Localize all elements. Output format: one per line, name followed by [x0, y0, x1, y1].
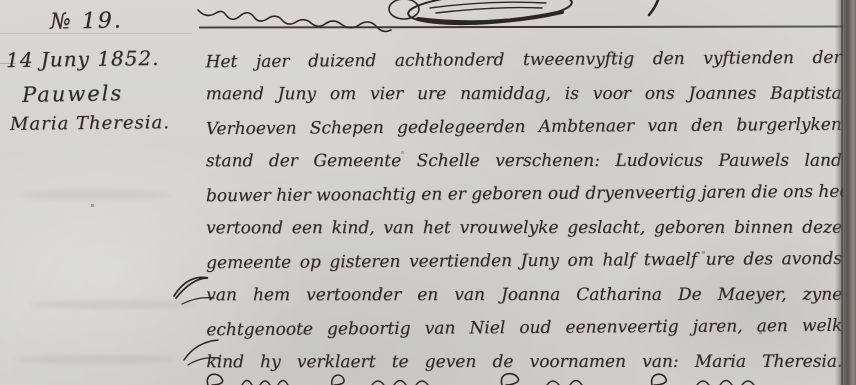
record-date: 14 Juny 1852. [6, 46, 160, 72]
record-given-names: Maria Theresia. [10, 112, 170, 135]
record-line: vertoond een kind, van het vrouwelyke ge… [206, 211, 842, 245]
document-scan: № 19. 14 Juny 1852. Pauwels Maria Theres… [0, 0, 856, 385]
record-line: echtgenoote geboortig van Niel oud eenen… [206, 310, 842, 348]
record-line: Het jaer duizend achthonderd tweeenvyfti… [205, 42, 841, 80]
record-line: stand der Gemeente Schelle verschenen: L… [206, 144, 842, 178]
clipped-next-line [202, 369, 847, 385]
record-line: gemeente op gisteren veertienden Juny om… [206, 243, 842, 281]
margin-column: № 19. 14 Juny 1852. Pauwels Maria Theres… [0, 0, 200, 385]
record-line: bouwer hier woonachtig en er geboren oud… [206, 176, 842, 214]
record-line: Verhoeven Schepen gedelegeerden Ambtenae… [206, 109, 842, 147]
record-line: van hem vertoonder en van Joanna Cathari… [206, 278, 842, 312]
page-edge-shadow [835, 0, 856, 385]
record-number: № 19. [50, 8, 123, 34]
record-surname: Pauwels [22, 81, 124, 107]
record-line: maend Juny om vier ure namiddag, is voor… [206, 77, 842, 111]
record-body: Het jaer duizend achthonderd tweeenvyfti… [206, 43, 843, 380]
